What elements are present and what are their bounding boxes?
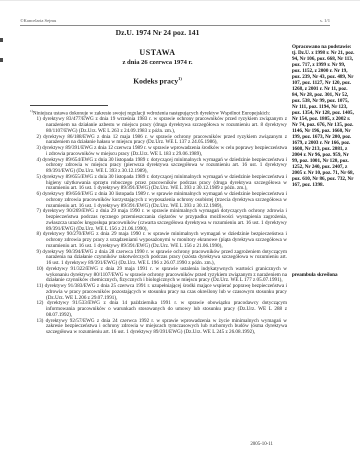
footer-date: 2005-10-11 <box>215 442 273 447</box>
preamble-note: preambuła skreślona <box>292 272 355 278</box>
footnote-list: 1) dyrektywy 83/477/EWG z dnia 19 wrześn… <box>30 117 287 336</box>
act-date-line: z dnia 26 czerwca 1974 r. <box>20 59 295 66</box>
footnote-item: 4) dyrektywy 89/654/EWG z dnia 30 listop… <box>30 158 287 175</box>
footnote-item-text: dyrektywy 90/270/EWG z dnia 29 maja 1990… <box>43 231 287 249</box>
footnote-item-number: 3) <box>37 145 41 151</box>
act-name: Kodeks pracy1) <box>20 76 295 86</box>
footnote-item-number: 4) <box>37 157 41 163</box>
footnote-item-text: dyrektywy 91/383/EWG z dnia 25 czerwca 1… <box>45 283 287 301</box>
publisher-credit: ©Kancelaria Sejmu <box>20 18 56 23</box>
footnote-item-text: dyrektywy 83/477/EWG z dnia 19 września … <box>43 116 287 134</box>
page-edge-mark <box>0 58 3 62</box>
footnote-item-text: dyrektywy 90/269/EWG z dnia 29 maja 1990… <box>43 208 287 231</box>
footnote-item-text: dyrektywy 91/533/EWG z dnia 14 październ… <box>46 300 287 318</box>
footnote-item-text: dyrektywy 92/57/EWG z dnia 24 czerwca 19… <box>46 318 287 336</box>
footnote-item: 11) dyrektywy 91/383/EWG z dnia 25 czerw… <box>30 284 287 301</box>
page-number: s. 1/1 <box>320 18 330 23</box>
margin-note-basis: Opracowano na podstawie: tj. Dz.U. z 199… <box>292 44 355 188</box>
footnote-item-number: 12) <box>37 300 44 306</box>
footnote-item-number: 8) <box>37 231 41 237</box>
footnote-item: 12) dyrektywy 91/533/EWG z dnia 14 paźdz… <box>30 301 287 318</box>
footnote-item-number: 5) <box>37 174 41 180</box>
page-header: ©Kancelaria Sejmu s. 1/1 <box>20 18 330 26</box>
footnote-block: 1)Niniejsza ustawa dokonuje w zakresie s… <box>30 109 287 336</box>
footnote-item-number: 2) <box>37 134 41 140</box>
footnote-item: 8) dyrektywy 90/270/EWG z dnia 29 maja 1… <box>30 232 287 249</box>
footnote-item-text: dyrektywy 90/394/EWG z dnia 28 czerwca 1… <box>42 249 287 267</box>
footnote-item-number: 9) <box>37 249 41 255</box>
document-page: ©Kancelaria Sejmu s. 1/1 Dz.U. 1974 Nr 2… <box>0 0 360 467</box>
footnote-item: 9) dyrektywy 90/394/EWG z dnia 28 czerwc… <box>30 250 287 267</box>
footnote-item-number: 6) <box>37 191 41 197</box>
footnote-item: 5) dyrektywy 89/655/EWG z dnia 30 listop… <box>30 175 287 192</box>
footnote-item-number: 7) <box>37 208 41 214</box>
footnote-item-number: 11) <box>37 283 44 289</box>
footnote-item-text: dyrektywy 89/391/EWG z dnia 12 czerwca 1… <box>42 145 287 157</box>
footnote-item: 1) dyrektywy 83/477/EWG z dnia 19 wrześn… <box>30 117 287 134</box>
footnote-item: 7) dyrektywy 90/269/EWG z dnia 29 maja 1… <box>30 209 287 232</box>
footnote-item-text: dyrektywy 89/655/EWG z dnia 30 listopada… <box>42 174 287 192</box>
footnote-item-number: 10) <box>37 266 44 272</box>
footnote-item: 13) dyrektywy 92/57/EWG z dnia 24 czerwc… <box>30 319 287 336</box>
act-name-text: Kodeks pracy <box>133 77 178 86</box>
page-edge-mark <box>0 38 3 42</box>
footnote-item-text: dyrektywy 89/656/EWG z dnia 30 listopada… <box>42 191 287 209</box>
footnote-item-text: dyrektywy 89/654/EWG z dnia 30 listopada… <box>42 157 287 175</box>
footnote-item-number: 13) <box>37 318 44 324</box>
footnote-item: 10) dyrektywy 91/322/EWG z dnia 29 maja … <box>30 267 287 284</box>
footnote-separator-rule <box>30 105 108 106</box>
footnote-item-number: 1) <box>37 116 41 122</box>
footnote-item-text: dyrektywy 91/322/EWG z dnia 29 maja 1991… <box>46 266 287 284</box>
act-footnote-ref: 1) <box>178 76 182 81</box>
act-type-title: USTAWA <box>20 48 295 57</box>
footnote-item-text: dyrektywy 86/188/EWG z dnia 12 maja 1986… <box>43 134 287 146</box>
footnote-item: 6) dyrektywy 89/656/EWG z dnia 30 listop… <box>30 192 287 209</box>
journal-citation: Dz.U. 1974 Nr 24 poz. 141 <box>20 28 295 37</box>
